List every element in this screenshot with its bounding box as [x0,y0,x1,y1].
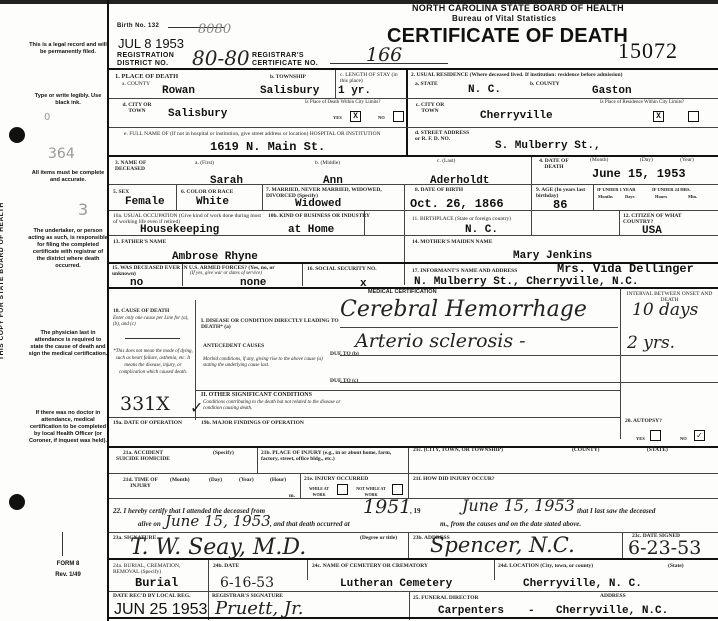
dob-label: 8. DATE OF BIRTH [415,187,463,193]
divider [109,155,718,157]
attended-from: 1951 [363,496,411,518]
other-conditions-note: Conditions contributing to the death but… [203,400,353,412]
divider [109,184,718,185]
res-county-label: b. COUNTY [530,81,560,87]
cause-instructions: Enter only one cause per Line for (a), (… [113,316,193,328]
divider [408,533,409,558]
autopsy-yes-checkbox[interactable] [650,430,661,441]
divider [109,617,718,619]
hospital-label: e. FULL NAME OF (If not in hospital or i… [124,131,404,137]
cause-note: *This does not mean the mode of dying, s… [113,348,193,376]
business-label: 10b. KIND OF BUSINESS OR INDUSTRY [268,213,403,219]
autopsy-yes-label: YES [636,436,645,442]
operation-findings-label: 19b. MAJOR FINDINGS OF OPERATION [201,420,304,426]
cause-code-handwritten: 331X [120,393,170,415]
divider [109,473,718,474]
accident-label: 21a. ACCIDENT SUICIDE HOMICIDE [113,450,173,462]
physician-address: Spencer, N.C. [430,533,575,557]
page-title: CERTIFICATE OF DEATH [387,25,628,48]
interval-b: 2 yrs. [627,333,675,353]
divider [406,70,408,155]
place-of-death-label: 1. PLACE OF DEATH [115,74,178,80]
month-label: (Month) [590,157,608,163]
burial-date-label: 24b. DATE [213,563,239,569]
operation-date-label: 19a. DATE OF OPERATION [113,420,193,426]
death-within-limits-yes-checkbox[interactable]: X [350,111,361,122]
hours-label: Hours [655,194,667,200]
form-revision: Rev. 1/49 [28,572,108,579]
burial-date: 6-16-53 [220,575,274,591]
date-signed: 6-23-53 [628,537,701,559]
under-24-label: IF UNDER 24 HRS. [652,187,716,193]
underline [330,63,448,64]
city-label: d. CITY OR TOWN [122,102,152,114]
cause-a: Cerebral Hemorrhage [340,297,587,322]
month-label: (Month) [170,477,190,483]
injury-state-label: (STATE) [647,447,668,453]
burial-state-label: (State) [668,563,684,569]
certify-text-2: that I last saw the deceased [577,508,655,514]
yes-label: YES [333,115,342,121]
birth-no-handwritten: 8080 [198,22,231,37]
degree-label: (Degree or title) [360,535,397,541]
margin-tick [62,532,63,556]
divider [257,448,258,473]
year-label: (Year) [239,477,254,483]
due-to-c-label: DUE TO (c) [330,378,358,384]
last-label: c. (Last) [437,158,455,164]
burial-location-label: 24d. LOCATION (City, town, or county) [498,563,593,569]
months-label: Months [598,194,613,200]
res-within-limits-label: Is Place of Residence Within City Limits… [600,100,715,106]
divider [619,211,620,235]
days-label: Days [625,194,635,200]
alive-on-label: alive on [138,521,161,527]
first-label: a. (First) [195,160,214,166]
interval-a: 10 days [632,300,698,320]
father-label: 13. FATHER'S NAME [113,239,166,245]
divider [494,560,495,580]
autopsy-label: 20. AUTOPSY? [625,418,662,424]
attended-to: June 15, 1953 [462,496,575,515]
death-occurred-label: , and that death occurred at [270,521,350,527]
registration-district: 80-80 [192,46,250,70]
while-at-work-label: WHILE AT WORK [304,486,334,498]
ssn-label: 16. SOCIAL SECURITY NO. [307,266,377,272]
registrar-signature[interactable]: Pruett, Jr. [215,598,303,619]
date-received-label: DATE REC'D BY LOCAL REG. [113,593,190,599]
margin-note-undertaker: The undertaker, or person acting as such… [28,228,108,270]
margin-note-physician: The physician last in attendance is requ… [28,330,108,358]
rule [125,338,180,339]
no-label: NO [378,115,385,121]
res-within-limits-no-checkbox[interactable] [688,111,699,122]
township-label: b. TOWNSHIP [270,74,306,80]
mother-label: 14. MOTHER'S MAIDEN NAME [412,239,492,245]
mother-maiden-name: Mary Jenkins [513,250,592,262]
funeral-director-label: 25. FUNERAL DIRECTOR [413,595,478,601]
divider [335,70,336,98]
within-limits-label: Is Place of Death Within City Limits? [305,100,385,106]
residence-county: Gaston [592,85,632,97]
informant-label: 17. INFORMANT'S NAME AND ADDRESS [412,268,517,274]
divider [531,157,532,235]
divider [307,560,308,580]
injury-county-label: (COUNTY) [572,447,600,453]
registrar-cert-label: REGISTRAR'S CERTIFICATE NO. [252,52,347,68]
res-city-label: c. CITY OR TOWN [415,102,445,114]
under-year-label: IF UNDER 1 YEAR [597,187,657,193]
cemetery-label: 24c. NAME OF CEMETERY OR CREMATORY [312,563,428,569]
divider [109,498,718,499]
received-stamp: JUL 8 1953 [118,36,184,51]
divider [109,127,718,128]
birthplace-label: 11. BIRTHPLACE (State or foreign country… [412,216,511,222]
sex-label: 5. SEX [113,189,129,195]
first-name: Sarah [210,175,243,187]
punch-hole [9,127,25,143]
autopsy-no-label: NO [680,436,687,442]
county-label: a. COUNTY [122,81,150,87]
rule [340,327,618,328]
residence-state: N. C. [468,84,501,96]
divider [622,533,623,558]
divider [109,532,718,533]
alive-on-date: June 15, 1953 [165,512,271,530]
middle-label: b. (Middle) [315,160,340,166]
margin-note-legal: This is a legal record and will be perma… [28,42,108,56]
divider [109,558,718,560]
min-label: Min. [688,194,697,200]
res-state-label: a. STATE [415,81,438,87]
check-mark-icon: ✓ [190,398,203,418]
margin-note-no-doctor: If there was no doctor in attendance, me… [28,410,108,445]
pencil-mark: 364 [48,146,75,162]
residence-label: 2. USUAL RESIDENCE (Where deceased lived… [411,72,711,78]
rule [340,382,718,383]
divider [409,592,410,620]
direct-cause-label: I. DISEASE OR CONDITION DIRECTLY LEADING… [201,318,351,330]
place-of-injury-label: 21b. PLACE OF INJURY (e.g., in or about … [261,450,406,462]
certify-text-3: m., from the causes and on the date stat… [440,521,581,527]
residence-street: S. Mulberry St., [495,140,601,152]
agency-name: NORTH CAROLINA STATE BOARD OF HEALTH [412,3,624,13]
dash: - [528,605,535,617]
sex: Female [125,196,165,208]
burial-location: Cherryville, N. C. [523,578,642,590]
cemetery-name: Lutheran Cemetery [340,578,452,590]
interval-label: INTERVAL BETWEEN ONSET AND DEATH [622,291,717,303]
director-address-label: ADDRESS [600,593,626,599]
res-within-limits-yes-checkbox[interactable]: X [653,111,664,122]
hour-label: (Hour) [270,477,286,483]
cause-b: Arterio sclerosis - [355,330,526,352]
divider [620,289,621,439]
race: White [196,196,229,208]
autopsy-no-checkbox[interactable]: ✓ [694,430,705,441]
date-of-death: June 15, 1953 [592,167,686,181]
divider [109,591,718,592]
divider [109,98,718,99]
cause-of-death-label: 18. CAUSE OF DEATH [113,308,169,314]
margin-note-complete: All items must be complete and accurate. [28,170,108,184]
antecedent-note: Morbid conditions, if any, giving rise t… [203,357,328,369]
rule [340,355,718,356]
bureau-name: Bureau of Vital Statistics [452,14,557,23]
marital-status: Widowed [295,198,341,210]
burial-type: Burial [135,576,178,590]
vertical-copy-label: THIS COPY FOR STATE BOARD OF HEALTH [0,100,5,360]
frame-left [107,0,109,621]
day-label: (Day) [209,477,222,483]
pencil-mark: 3 [78,200,88,219]
last-name: Aderholdt [430,175,489,187]
certificate-number: 15072 [618,38,678,64]
burial-type-label: 24a. BURIAL, CREMATION, REMOVAL (Specify… [113,563,208,575]
form-number: FORM 8 [28,561,108,568]
divider [176,185,177,210]
year-label: (Year) [680,157,694,163]
while-at-work-checkbox[interactable] [337,484,348,495]
specify-label: (Specify) [213,450,234,456]
death-within-limits-no-checkbox[interactable] [393,111,404,122]
how-injury-label: 21f. HOW DID INJURY OCCUR? [413,476,495,482]
birth-no-label: Birth No. 132 [117,22,159,30]
medical-section-label: MEDICAL CERTIFICATION [368,289,437,295]
other-conditions-label: II. OTHER SIGNIFICANT CONDITIONS [201,392,312,398]
stay-label: c. LENGTH OF STAY (in this place) [340,72,405,84]
hospital-address: 1619 N. Main St. [210,140,325,154]
physician-signature[interactable]: T. W. Seay, M.D. [130,535,306,560]
antecedent-label: ANTECEDENT CAUSES [203,343,264,349]
death-county: Rowan [162,85,195,97]
residence-city: Cherryville [480,110,553,122]
divider [593,185,594,210]
divider [195,390,620,391]
punch-hole [9,494,25,510]
registration-district-label: REGISTRATION DISTRICT NO. [117,52,187,68]
nineteen-label: , 19 [410,508,421,514]
divider [300,474,301,498]
not-while-at-work-checkbox[interactable] [392,484,403,495]
divider [109,235,718,236]
death-city: Salisbury [168,108,227,120]
time-of-injury-label: 21d. TIME OF INJURY [113,477,168,489]
length-of-stay: 1 yr. [338,85,371,97]
divider [109,210,718,211]
name-label: 3. NAME OF DECEASED [115,160,175,172]
informant-name: Mrs. Vida Dellinger [557,262,694,276]
divider [302,264,303,286]
res-street-label: d. STREET ADDRESS or R. F. D. NO. [415,130,475,142]
dod-label: 4. DATE OF DEATH [537,158,571,170]
date-of-birth: Oct. 26, 1866 [410,197,504,211]
divider [208,560,209,620]
race-label: 6. COLOR OR RACE [181,189,233,195]
middle-name: Ann [323,175,343,187]
divider [109,417,620,418]
injury-city-label: 21c. (CITY, TOWN, OR TOWNSHIP) [413,447,503,453]
injury-occurred-label: 21e. INJURY OCCURRED [304,476,368,482]
pencil-mark: 0 [44,112,50,123]
death-township: Salisbury [260,85,319,97]
funeral-director: Carpenters [438,605,504,617]
divider [262,185,263,210]
funeral-director-address: Cherryville, N.C. [556,605,668,617]
citizen-label: 12. CITIZEN OF WHAT COUNTRY? [623,213,713,225]
day-label: (Day) [640,157,653,163]
margin-note-legibly: Type or write legibly. Use black ink. [28,93,108,107]
